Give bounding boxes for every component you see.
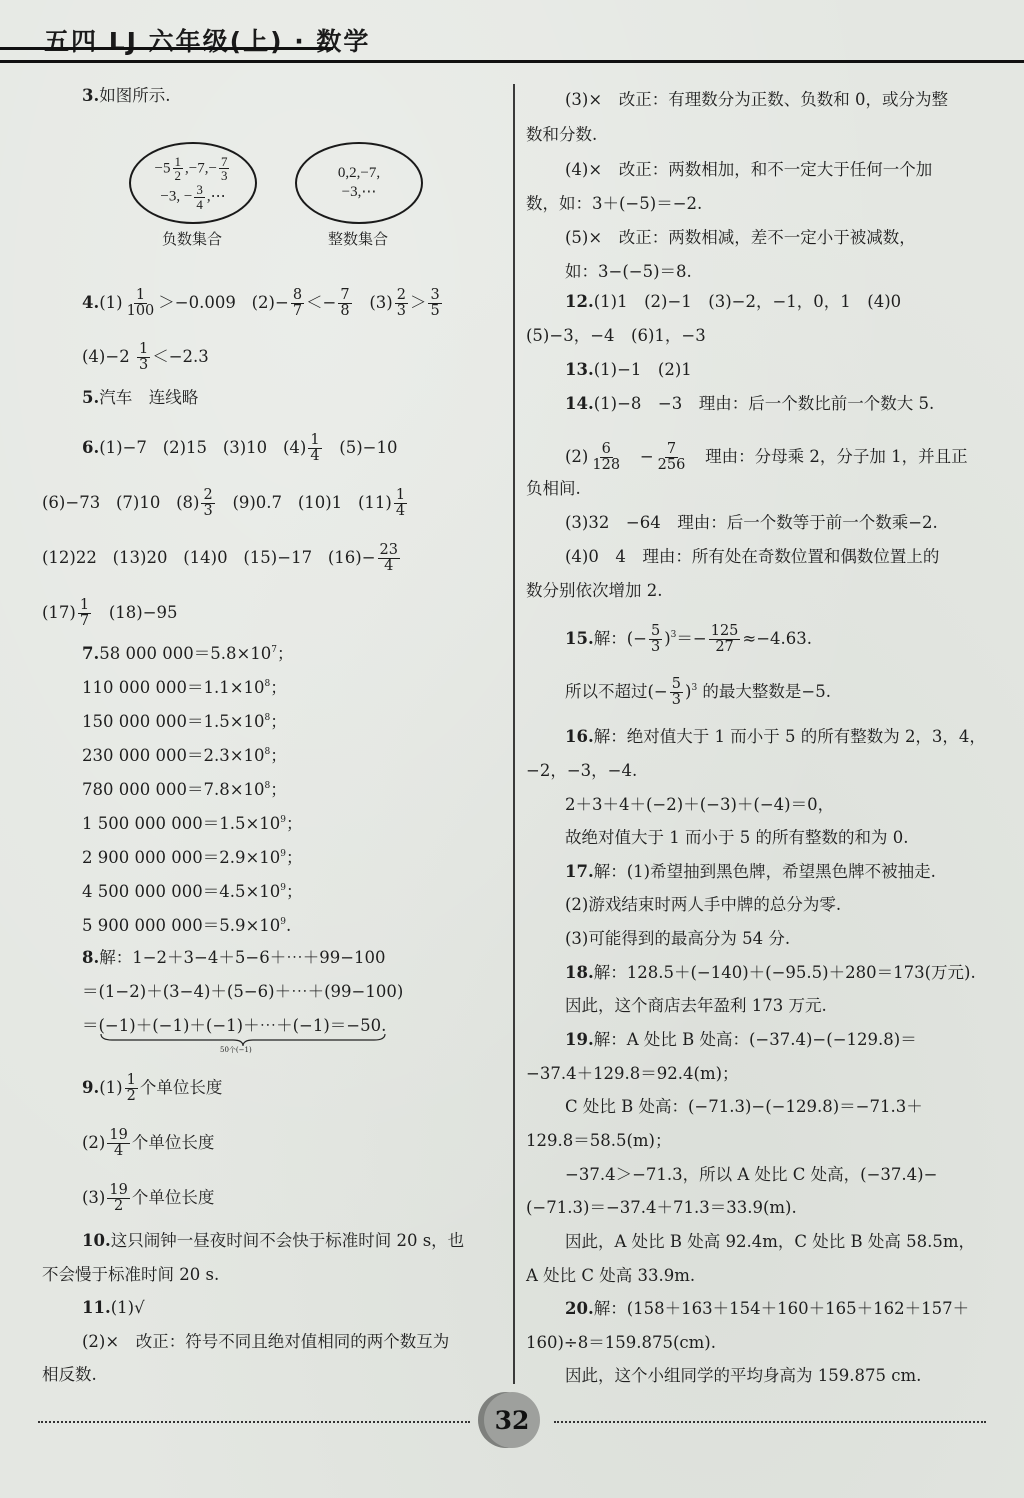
q7-line3: 150 000 000＝1.5×108；: [82, 714, 287, 731]
page-header-title: 五四 LJ 六年级(上) · 数学: [44, 22, 370, 58]
q4-line1: 4.(1)1100＞−0.009 (2)−87＜−78 (3)23＞35: [82, 288, 444, 319]
q17-line3: (3)可能得到的最高分为 54 分.: [565, 931, 790, 948]
header-rule-full: [0, 60, 1024, 63]
q7-line2: 110 000 000＝1.1×108；: [82, 680, 287, 697]
q11-line3: 相反数.: [42, 1367, 97, 1384]
q17-line1: 17.解：(1)希望抽到黑色牌，希望黑色牌不被抽走.: [565, 864, 936, 881]
q11-p4-line1: (4)× 改正：两数相加，和不一定大于任何一个加: [565, 162, 932, 179]
q13: 13.(1)−1 (2)1: [565, 362, 692, 379]
q7-line7: 2 900 000 000＝2.9×109；: [82, 850, 303, 867]
q17-line2: (2)游戏结束时两人手中牌的总分为零.: [565, 897, 841, 914]
q19-line4: 129.8＝58.5(m)；: [526, 1133, 672, 1150]
column-divider: [513, 84, 515, 1384]
underbrace-icon: [100, 1033, 386, 1047]
q7-line5: 780 000 000＝7.8×108；: [82, 782, 287, 799]
q14-line5: (4)0 4 理由：所有处在奇数位置和偶数位置上的: [565, 549, 939, 566]
q8-line1: 8.解：1−2＋3−4＋5−6＋⋯＋99−100: [82, 950, 386, 967]
q11-p5-line2: 如：3−(−5)＝8.: [565, 264, 692, 281]
q6-line3: (12)22 (13)20 (14)0 (15)−17 (16)−234: [42, 543, 402, 574]
q4-line2: (4)−2 13＜−2.3: [82, 342, 209, 373]
q6-line2: (6)−73 (7)10 (8)23 (9)0.7 (10)1 (11)14: [42, 488, 409, 519]
header-rule: [0, 47, 333, 50]
q10-line1: 10.这只闹钟一昼夜时间不会快于标准时间 20 s，也: [82, 1233, 464, 1250]
q15-line1: 15.解：(−53)3＝−12527≈−4.63.: [565, 624, 812, 655]
q11-line2: (2)× 改正：符号不同且绝对值相同的两个数互为: [82, 1334, 449, 1351]
q19-line1: 19.解：A 处比 B 处高：(−37.4)−(−129.8)＝: [565, 1032, 917, 1049]
q11-p4-line2: 数，如：3＋(−5)＝−2.: [526, 196, 702, 213]
q7-line9: 5 900 000 000＝5.9×109.: [82, 918, 291, 935]
q14-line3: 负相间.: [526, 481, 581, 498]
q9-line1: 9.(1)12个单位长度: [82, 1073, 222, 1104]
q6-line4: (17)17 (18)−95: [42, 598, 178, 629]
q12-line2: (5)−3，−4 (6)1，−3: [526, 328, 706, 345]
q7-line8: 4 500 000 000＝4.5×109；: [82, 884, 303, 901]
q11-p3-line1: (3)× 改正：有理数分为正数、负数和 0，或分为整: [565, 92, 948, 109]
q7-line4: 230 000 000＝2.3×108；: [82, 748, 287, 765]
q5: 5.汽车 连线略: [82, 390, 198, 407]
q20-line2: 160)÷8＝159.875(cm).: [526, 1335, 716, 1352]
footer-dotted-rule-left: [38, 1421, 470, 1423]
integer-set-ellipse: 0,2,−7, −3,⋯: [295, 142, 423, 224]
q14-line4: (3)32 −64 理由：后一个数等于前一个数乘−2.: [565, 515, 938, 532]
q14-line6: 数分别依次增加 2.: [526, 583, 663, 600]
q11-line1: 11.(1)√: [82, 1300, 145, 1317]
q10-line2: 不会慢于标准时间 20 s.: [42, 1267, 219, 1284]
q16-line3: 2＋3＋4＋(−2)＋(−3)＋(−4)＝0，: [565, 797, 834, 814]
q15-line2: 所以不超过(−53)3 的最大整数是−5.: [565, 677, 831, 708]
q11-p5-line1: (5)× 改正：两数相减，差不一定小于被减数，: [565, 230, 916, 247]
q19-line8: A 处比 C 处高 33.9m.: [526, 1268, 695, 1285]
q6-line1: 6.(1)−7 (2)15 (3)10 (4)14 (5)−10: [82, 433, 398, 464]
q16-line2: −2，−3，−4.: [526, 763, 637, 780]
page-number-badge: 32: [484, 1392, 540, 1448]
q14-line2: (2)6128 −7256 理由：分母乘 2，分子加 1，并且正: [565, 442, 968, 473]
q7-line6: 1 500 000 000＝1.5×109；: [82, 816, 303, 833]
q20-line3: 因此，这个小组同学的平均身高为 159.875 cm.: [565, 1368, 921, 1385]
underbrace-label: 50个(−1): [220, 1047, 252, 1054]
q12-line1: 12.(1)1 (2)−1 (3)−2，−1，0，1 (4)0: [565, 294, 901, 311]
footer-dotted-rule-right: [554, 1421, 986, 1423]
q16-line4: 故绝对值大于 1 而小于 5 的所有整数的和为 0.: [565, 830, 908, 847]
q16-line1: 16.解：绝对值大于 1 而小于 5 的所有整数为 2，3，4，: [565, 729, 986, 746]
integer-set-label: 整数集合: [328, 228, 388, 249]
q11-p3-line2: 数和分数.: [526, 127, 597, 144]
q8-line2: ＝(1−2)＋(3−4)＋(5−6)＋⋯＋(99−100): [82, 984, 403, 1001]
q18-line1: 18.解：128.5＋(−140)＋(−95.5)＋280＝173(万元).: [565, 965, 976, 982]
q9-line3: (3)192个单位长度: [82, 1183, 214, 1214]
q3-heading: 3.如图所示.: [82, 88, 170, 105]
q19-line6: (−71.3)＝−37.4＋71.3＝33.9(m).: [526, 1200, 797, 1217]
q19-line3: C 处比 B 处高：(−71.3)−(−129.8)＝−71.3＋: [565, 1099, 923, 1116]
q14-line1: 14.(1)−8 −3 理由：后一个数比前一个数大 5.: [565, 396, 934, 413]
q7-line1: 7.58 000 000＝5.8×107；: [82, 646, 294, 663]
q19-line7: 因此，A 处比 B 处高 92.4m，C 处比 B 处高 58.5m，: [565, 1234, 975, 1251]
negative-set-ellipse: −512,−7,−73 −3, −34,⋯: [129, 142, 257, 224]
q9-line2: (2)194个单位长度: [82, 1128, 214, 1159]
q18-line2: 因此，这个商店去年盈利 173 万元.: [565, 998, 827, 1015]
negative-set-label: 负数集合: [162, 228, 222, 249]
q19-line2: −37.4＋129.8＝92.4(m)；: [526, 1066, 739, 1083]
q20-line1: 20.解：(158＋163＋154＋160＋165＋162＋157＋: [565, 1301, 969, 1318]
q19-line5: −37.4＞−71.3，所以 A 处比 C 处高，(−37.4)−: [565, 1167, 937, 1184]
